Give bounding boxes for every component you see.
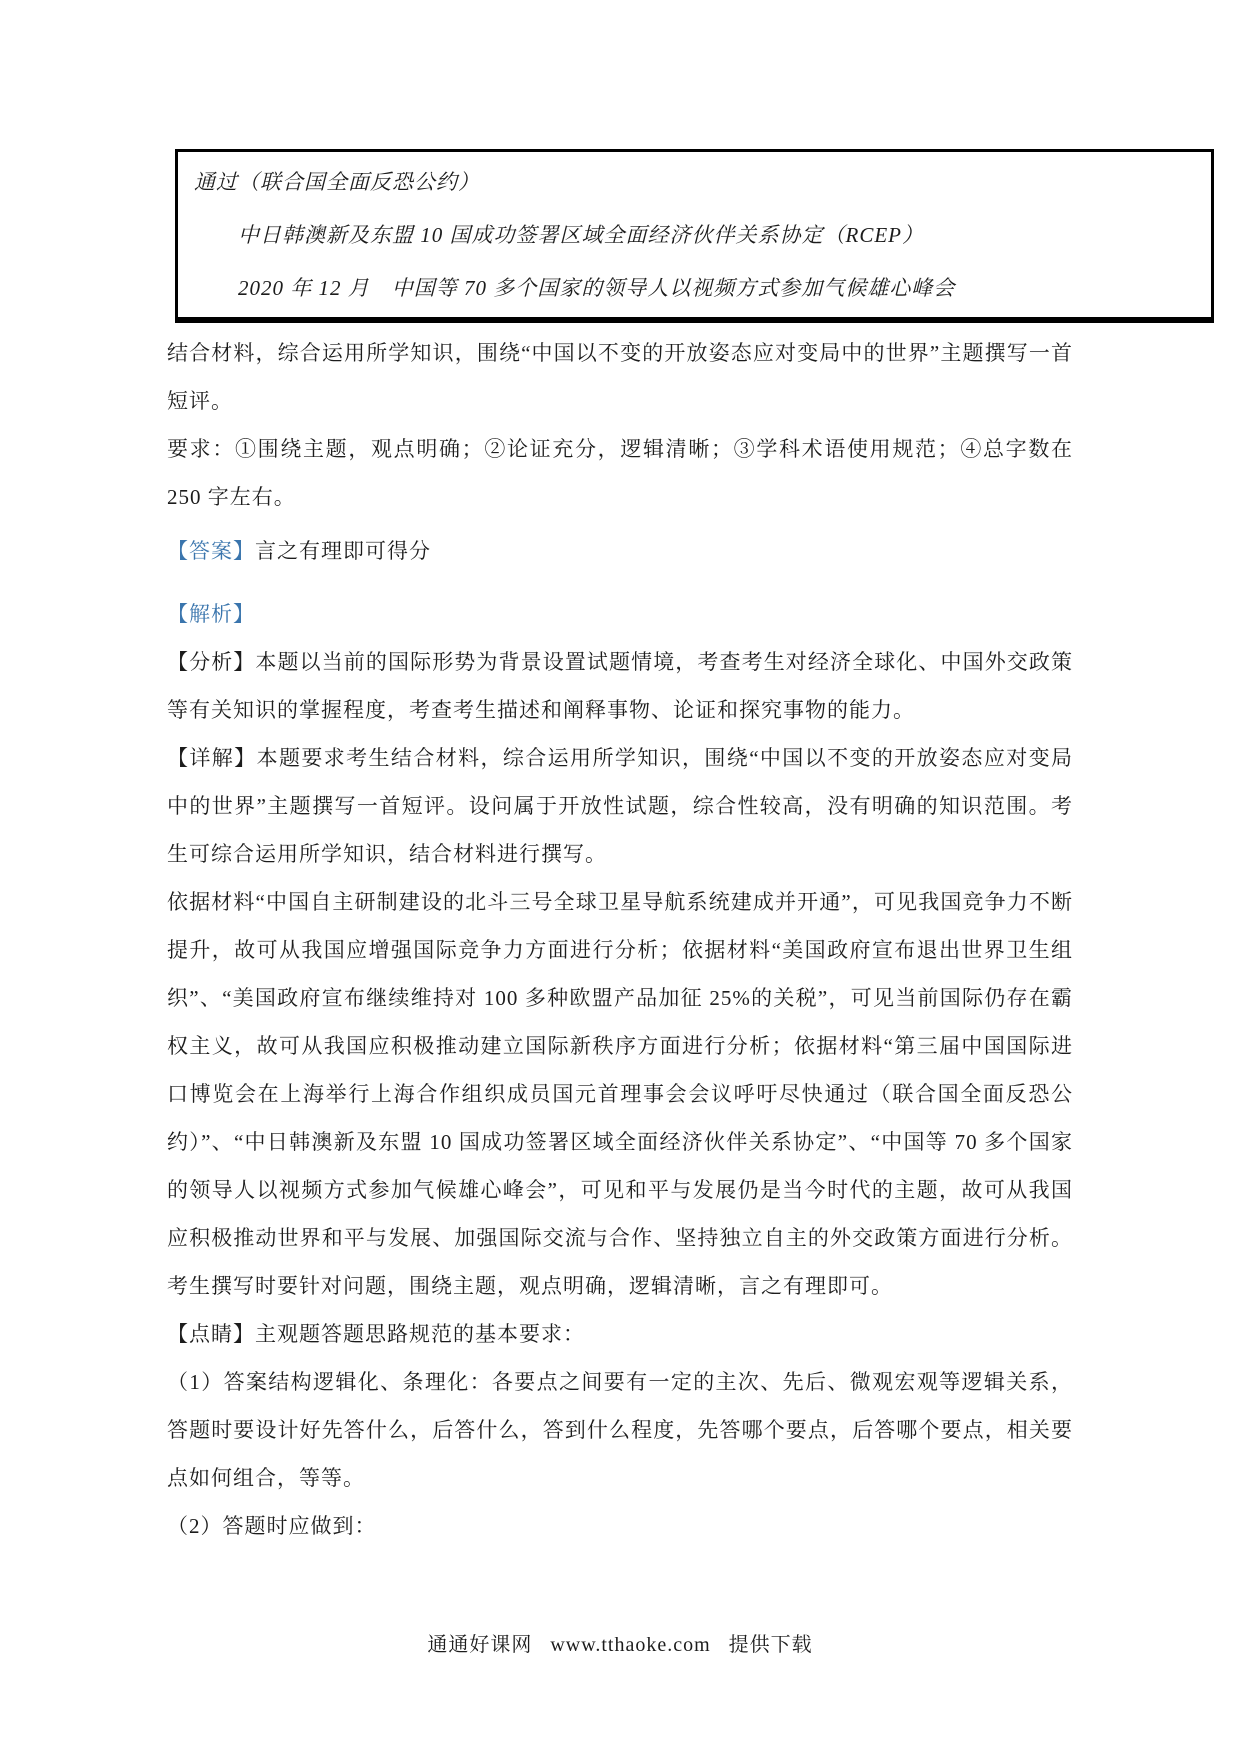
paragraph-tag: 【详解】 — [167, 746, 257, 770]
analysis-heading: 【解析】 — [167, 590, 1073, 638]
question-and-analysis: 结合材料，综合运用所学知识，围绕“中国以不变的开放姿态应对变局中的世界”主题撰写… — [167, 329, 1073, 1550]
question-paragraph: 结合材料，综合运用所学知识，围绕“中国以不变的开放姿态应对变局中的世界”主题撰写… — [167, 329, 1073, 425]
paragraph-text: 依据材料“中国自主研制建设的北斗三号全球卫星导航系统建成并开通”，可见我国竞争力… — [167, 890, 1073, 1298]
answer-line: 【答案】言之有理即可得分 — [167, 527, 1073, 575]
analysis-paragraph: （2）答题时应做到： — [167, 1502, 1073, 1550]
footer-url: www.tthaoke.com — [550, 1634, 710, 1656]
paragraph-text: 本题要求考生结合材料，综合运用所学知识，围绕“中国以不变的开放姿态应对变局中的世… — [167, 746, 1073, 866]
answer-text: 言之有理即可得分 — [255, 539, 431, 563]
analysis-paragraph: （1）答案结构逻辑化、条理化：各要点之间要有一定的主次、先后、微观宏观等逻辑关系… — [167, 1358, 1073, 1502]
paragraph-text: （1）答案结构逻辑化、条理化：各要点之间要有一定的主次、先后、微观宏观等逻辑关系… — [167, 1370, 1073, 1490]
material-line: 中日韩澳新及东盟 10 国成功签署区域全面经济伙伴关系协定（RCEP） — [194, 209, 1191, 262]
requirements-paragraph: 要求：①围绕主题，观点明确；②论证充分，逻辑清晰；③学科术语使用规范；④总字数在… — [167, 425, 1073, 521]
material-line: 通过（联合国全面反恐公约） — [194, 156, 1191, 209]
answer-label: 【答案】 — [167, 539, 255, 563]
page-footer: 通通好课网www.tthaoke.com提供下载 — [0, 1628, 1240, 1657]
material-line: 2020 年 12 月 中国等 70 多个国家的领导人以视频方式参加气候雄心峰会 — [194, 262, 1191, 315]
document-page: 通过（联合国全面反恐公约） 中日韩澳新及东盟 10 国成功签署区域全面经济伙伴关… — [0, 0, 1240, 1754]
footer-site-name: 通通好课网 — [427, 1634, 532, 1656]
paragraph-tag: 【分析】 — [167, 650, 255, 674]
paragraph-tag: 【点睛】 — [167, 1322, 255, 1346]
analysis-paragraph: 【分析】本题以当前的国际形势为背景设置试题情境，考查考生对经济全球化、中国外交政… — [167, 638, 1073, 734]
paragraph-text: （2）答题时应做到： — [167, 1514, 377, 1538]
analysis-paragraph: 【详解】本题要求考生结合材料，综合运用所学知识，围绕“中国以不变的开放姿态应对变… — [167, 734, 1073, 878]
analysis-label: 【解析】 — [167, 602, 255, 626]
analysis-paragraph: 依据材料“中国自主研制建设的北斗三号全球卫星导航系统建成并开通”，可见我国竞争力… — [167, 878, 1073, 1310]
document-content: 通过（联合国全面反恐公约） 中日韩澳新及东盟 10 国成功签署区域全面经济伙伴关… — [167, 149, 1073, 1550]
paragraph-text: 主观题答题思路规范的基本要求： — [255, 1322, 585, 1346]
analysis-paragraph: 【点睛】主观题答题思路规范的基本要求： — [167, 1310, 1073, 1358]
paragraph-text: 本题以当前的国际形势为背景设置试题情境，考查考生对经济全球化、中国外交政策等有关… — [167, 650, 1073, 722]
material-box: 通过（联合国全面反恐公约） 中日韩澳新及东盟 10 国成功签署区域全面经济伙伴关… — [175, 149, 1214, 323]
footer-suffix: 提供下载 — [729, 1634, 813, 1656]
